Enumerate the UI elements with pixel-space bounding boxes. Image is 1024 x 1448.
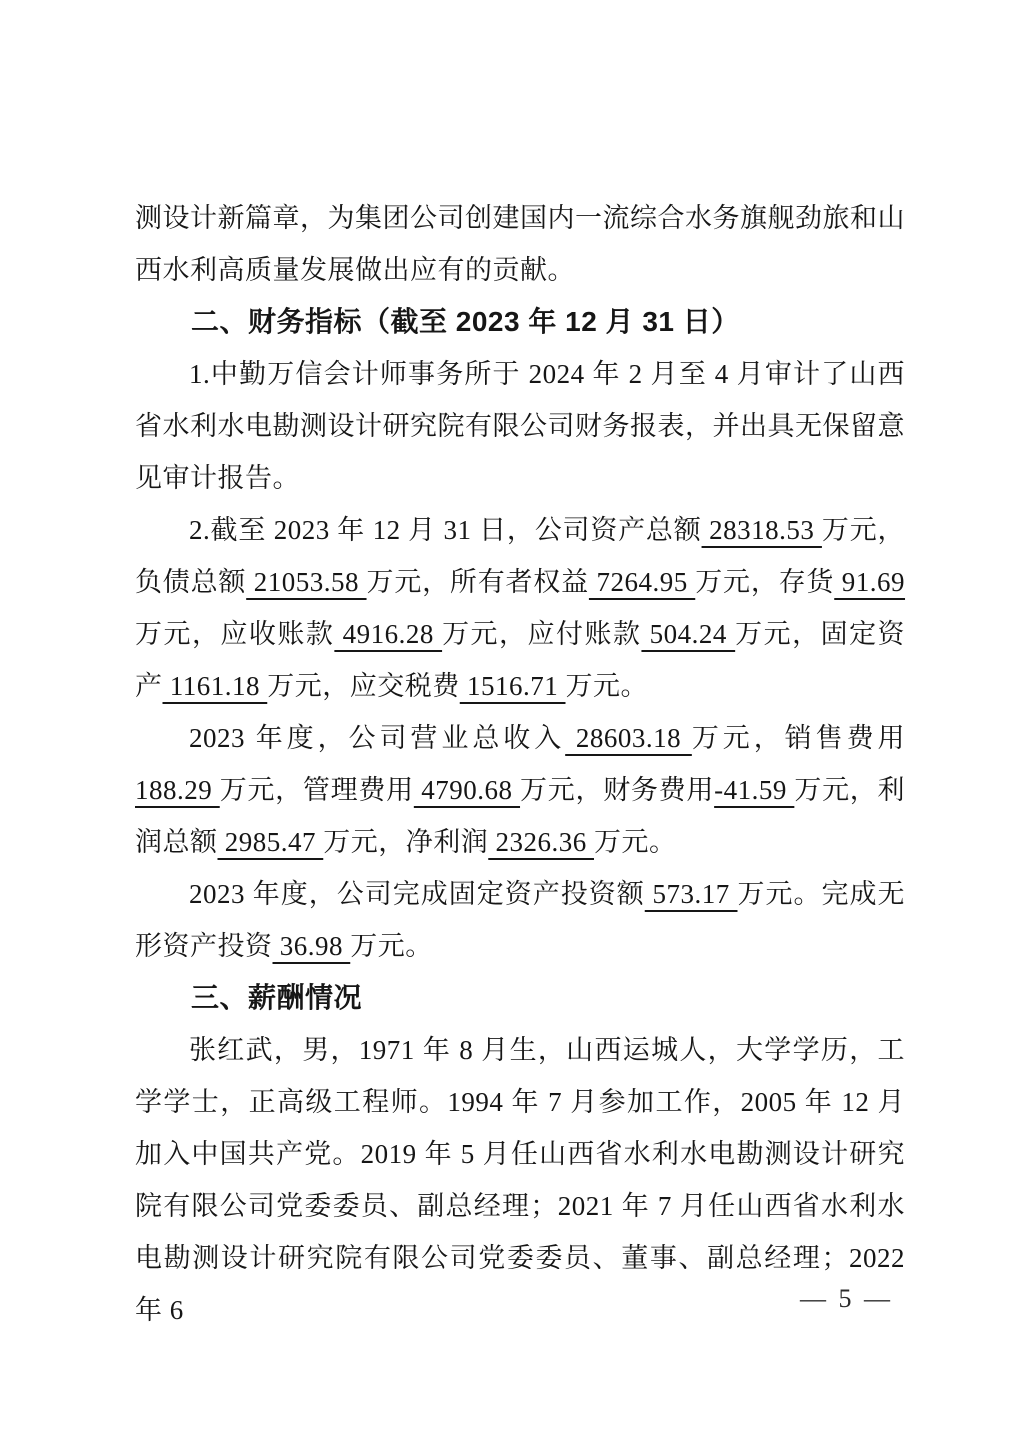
text-run: 二、财务指标（截至 2023 年 12 月 31 日）	[191, 306, 740, 337]
document-page: 测设计新篇章，为集团公司创建国内一流综合水务旗舰劲旅和山西水利高质量发展做出应有…	[0, 0, 1024, 1448]
text-run: 张红武，男，1971 年 8 月生，山西运城人，大学学历，工学学士，正高级工程师…	[135, 1035, 905, 1325]
body-paragraph: 2023 年度，公司营业总收入 28603.18 万元，销售费用 188.29 …	[135, 712, 905, 868]
body-paragraph: 1.中勤万信会计师事务所于 2024 年 2 月至 4 月审计了山西省水利水电勘…	[135, 348, 905, 504]
text-run: 万元，应付账款	[442, 619, 641, 649]
text-run: 万元。	[594, 827, 677, 857]
section-heading: 三、薪酬情况	[135, 972, 905, 1024]
text-run: 万元，管理费用	[220, 775, 414, 805]
body-paragraph: 2023 年度，公司完成固定资产投资额 573.17 万元。完成无形资产投资 3…	[135, 868, 905, 972]
text-run: 万元，净利润	[323, 827, 488, 857]
underlined-figure: 91.69	[834, 567, 905, 597]
page-number: — 5 —	[800, 1284, 893, 1313]
text-run: 测设计新篇章，为集团公司创建国内一流综合水务旗舰劲旅和山西水利高质量发展做出应有…	[135, 203, 905, 285]
underlined-figure: 504.24	[641, 619, 735, 649]
underlined-figure: 4916.28	[334, 619, 442, 649]
text-run: 万元，所有者权益	[367, 567, 589, 597]
underlined-figure: 188.29	[135, 775, 220, 805]
text-run: 2.截至 2023 年 12 月 31 日，公司资产总额	[189, 515, 702, 545]
text-run: 1.中勤万信会计师事务所于 2024 年 2 月至 4 月审计了山西省水利水电勘…	[135, 359, 905, 493]
underlined-figure: 36.98	[273, 931, 351, 961]
page-footer: — 5 —	[800, 1279, 893, 1319]
text-run: 万元，存货	[695, 567, 834, 597]
text-run: 万元，财务费用	[520, 775, 714, 805]
underlined-figure: 7264.95	[589, 567, 695, 597]
underlined-figure: 1161.18	[163, 671, 268, 701]
underlined-figure: 2985.47	[218, 827, 324, 857]
underlined-figure: 1516.71	[460, 671, 566, 701]
text-run: 2023 年度，公司完成固定资产投资额	[189, 879, 645, 909]
underlined-figure: 2326.36	[488, 827, 594, 857]
text-run: 万元，应收账款	[135, 619, 334, 649]
text-run: 万元，应交税费	[267, 671, 460, 701]
underlined-figure: 4790.68	[414, 775, 520, 805]
underlined-figure: 28603.18	[565, 723, 692, 753]
section-heading: 二、财务指标（截至 2023 年 12 月 31 日）	[135, 296, 905, 348]
text-run: 万元。	[350, 931, 433, 961]
document-body: 测设计新篇章，为集团公司创建国内一流综合水务旗舰劲旅和山西水利高质量发展做出应有…	[135, 192, 905, 1336]
text-run: 2023 年度，公司营业总收入	[189, 723, 565, 753]
body-paragraph: 测设计新篇章，为集团公司创建国内一流综合水务旗舰劲旅和山西水利高质量发展做出应有…	[135, 192, 905, 296]
underlined-figure: 28318.53	[702, 515, 822, 545]
text-run: 万元，销售费用	[692, 723, 905, 753]
underlined-figure: 573.17	[645, 879, 738, 909]
text-run: 万元。	[566, 671, 649, 701]
text-run: 三、薪酬情况	[191, 982, 362, 1013]
body-paragraph: 2.截至 2023 年 12 月 31 日，公司资产总额 28318.53 万元…	[135, 504, 905, 712]
underlined-figure: 21053.58	[246, 567, 366, 597]
underlined-figure: -41.59	[714, 775, 794, 805]
body-paragraph: 张红武，男，1971 年 8 月生，山西运城人，大学学历，工学学士，正高级工程师…	[135, 1024, 905, 1336]
